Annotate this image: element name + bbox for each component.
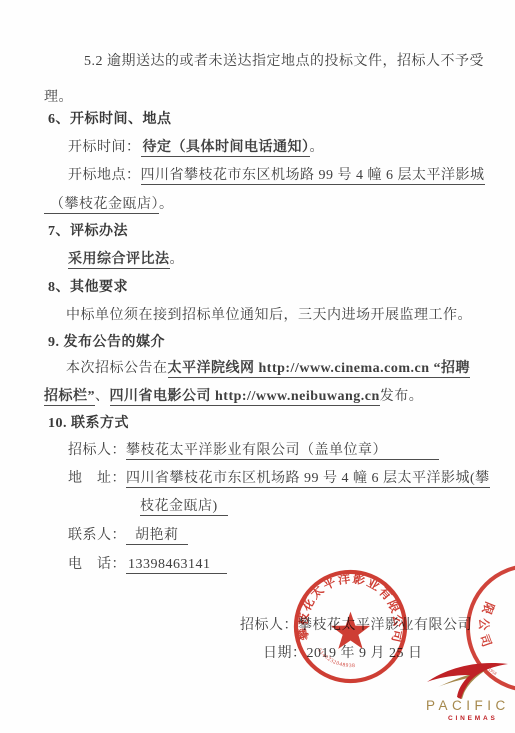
other-requirements-line: 中标单位须在接到招标单位通知后，三天内进场开展监理工作。 xyxy=(66,306,472,326)
section-10-heading: 10. 联系方式 xyxy=(48,414,129,434)
opening-time-line: 开标时间：待定（具体时间电话通知）。 xyxy=(68,138,324,158)
address-line2: 枝花金瓯店) xyxy=(140,497,228,517)
evaluation-method-value: 采用综合评比法 xyxy=(68,252,170,269)
logo-name: PACIFIC xyxy=(426,698,510,713)
svg-text:5140232048938: 5140232048938 xyxy=(316,648,356,670)
address-line1: 地 址：四川省攀枝花市东区机场路 99 号 4 幢 6 层太平洋影城(攀 xyxy=(68,469,490,489)
address-value: 四川省攀枝花市东区机场路 99 号 4 幢 6 层太平洋影城(攀 xyxy=(126,471,490,488)
clause-5-2-line1: 5.2 逾期送达的或者未送达指定地点的投标文件，招标人不予受 xyxy=(84,52,484,72)
opening-place-line: 开标地点：四川省攀枝花市东区机场路 99 号 4 幢 6 层太平洋影城 xyxy=(68,166,485,186)
opening-place-value: 四川省攀枝花市东区机场路 99 号 4 幢 6 层太平洋影城 xyxy=(141,168,485,185)
section-7-heading: 7、评标办法 xyxy=(48,222,128,242)
opening-place-line2: （攀枝花金瓯店）。 xyxy=(44,195,174,215)
address-value2: 枝花金瓯店) xyxy=(140,499,228,516)
address-label: 地 址： xyxy=(68,471,126,486)
company-seal: 攀枝花太平洋影业有限公司 5140232048938 xyxy=(291,567,410,686)
opening-place-period: 。 xyxy=(159,197,174,212)
evaluation-method-line: 采用综合评比法。 xyxy=(68,250,184,270)
contact-label: 联系人： xyxy=(68,528,126,543)
section-8-heading: 8、其他要求 xyxy=(48,278,128,298)
section-9-heading: 9. 发布公告的媒介 xyxy=(48,333,165,353)
opening-time-value: 待定（具体时间电话通知） xyxy=(141,140,310,157)
announcement-media-line2: 招标栏”、四川省电影公司 http://www.neibuwang.cn发布。 xyxy=(44,387,423,407)
opening-time-label: 开标时间： xyxy=(68,140,141,155)
evaluation-method-period: 。 xyxy=(170,252,185,267)
logo-sub: CINEMAS xyxy=(448,715,498,722)
bidder-label: 招标人： xyxy=(68,443,126,458)
contact-value: 胡艳莉 xyxy=(126,528,188,545)
phone-value: 13398463141 xyxy=(126,557,227,574)
document-page: 5.2 逾期送达的或者未送达指定地点的投标文件，招标人不予受 理。 6、开标时间… xyxy=(0,0,515,733)
bidder-value: 攀枝花太平洋影业有限公司（盖单位章） xyxy=(126,443,439,460)
announcement-media-line1: 本次招标公告在太平洋院线网 http://www.cinema.com.cn “… xyxy=(66,359,470,379)
bidder-line: 招标人：攀枝花太平洋影业有限公司（盖单位章） xyxy=(68,441,439,461)
partial-seal-text: 限公司 xyxy=(477,600,497,654)
contact-line: 联系人：胡艳莉 xyxy=(68,526,188,546)
opening-place-label: 开标地点： xyxy=(68,168,141,183)
announcement-media1-cont: 招标栏” xyxy=(44,389,95,406)
announcement-media1: 太平洋院线网 http://www.cinema.com.cn “招聘 xyxy=(168,361,471,378)
phone-line: 电 话：13398463141 xyxy=(68,555,227,575)
opening-time-period: 。 xyxy=(310,140,325,155)
swoosh-icon xyxy=(424,655,510,701)
svg-text:限公司: 限公司 xyxy=(477,600,497,654)
clause-5-2-line2: 理。 xyxy=(44,88,73,108)
phone-label: 电 话： xyxy=(68,557,126,572)
section-6-heading: 6、开标时间、地点 xyxy=(48,110,172,130)
announcement-prefix: 本次招标公告在 xyxy=(66,361,168,376)
announcement-media2: 四川省电影公司 http://www.neibuwang.cn xyxy=(110,389,380,406)
announcement-suffix: 发布。 xyxy=(380,389,424,404)
seal-star-icon xyxy=(331,612,370,649)
announcement-separator: 、 xyxy=(95,389,110,404)
opening-place-value2: （攀枝花金瓯店） xyxy=(44,197,159,214)
seal-serial-text: 5140232048938 xyxy=(316,648,356,670)
